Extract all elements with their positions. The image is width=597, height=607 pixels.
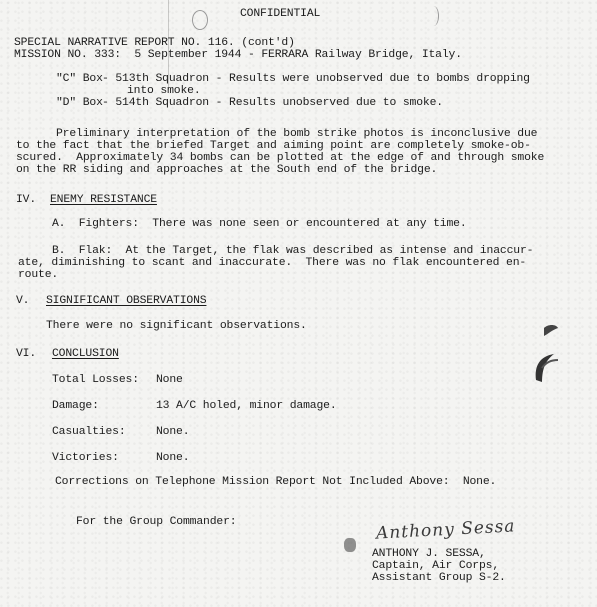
section-number: IV. [16, 194, 36, 206]
ink-smudge-mark [530, 318, 566, 388]
mission-line: MISSION NO. 333: 5 September 1944 - FERR… [14, 49, 462, 61]
for-group-commander: For the Group Commander: [76, 516, 236, 528]
signer-title: Assistant Group S-2. [372, 572, 506, 584]
d-box-result: - 514th Squadron - Results unobserved du… [102, 97, 443, 109]
conclusion-label-casualties: Casualties: [52, 426, 126, 438]
interpretation-line: Preliminary interpretation of the bomb s… [56, 128, 537, 140]
conclusion-label-damage: Damage: [52, 400, 99, 412]
conclusion-label-victories: Victories: [52, 452, 119, 464]
signer-rank: Captain, Air Corps, [372, 560, 499, 572]
punch-hole-mark [192, 10, 208, 30]
c-box-label: "C" Box [56, 73, 103, 85]
section-title-conclusion: CONCLUSION [52, 348, 119, 360]
section-title-enemy-resistance: ENEMY RESISTANCE [50, 194, 157, 206]
interpretation-line: on the RR siding and approaches at the S… [16, 164, 437, 176]
section-title-significant-observations: SIGNIFICANT OBSERVATIONS [46, 295, 206, 307]
signer-name: ANTHONY J. SESSA, [372, 548, 486, 560]
section-number: V. [16, 295, 29, 307]
document-page: CONFIDENTIAL SPECIAL NARRATIVE REPORT NO… [0, 0, 597, 607]
d-box-label: "D" Box [56, 97, 103, 109]
flak-line: ate, diminishing to scant and inaccurate… [18, 257, 526, 269]
conclusion-value-victories: None. [156, 452, 189, 464]
conclusion-value-casualties: None. [156, 426, 189, 438]
fighters-line: A. Fighters: There was none seen or enco… [52, 218, 467, 230]
conclusion-value-total-losses: None [156, 374, 183, 386]
c-box-result-continued: into smoke. [127, 85, 201, 97]
handwritten-signature: Anthony Sessa [376, 516, 516, 543]
section-number: VI. [16, 348, 36, 360]
interpretation-line: scured. Approximately 34 bombs can be pl… [16, 152, 544, 164]
classification-heading: CONFIDENTIAL [240, 8, 320, 20]
corrections-line: Corrections on Telephone Mission Report … [55, 476, 496, 488]
flak-line: B. Flak: At the Target, the flak was des… [52, 245, 533, 257]
stamp-mark [344, 538, 356, 552]
c-box-result: - 513th Squadron - Results were unobserv… [102, 73, 530, 85]
observations-text: There were no significant observations. [46, 320, 307, 332]
punch-hole-mark [428, 6, 439, 26]
flak-line: route. [18, 269, 58, 281]
conclusion-value-damage: 13 A/C holed, minor damage. [156, 400, 337, 412]
conclusion-label-total-losses: Total Losses: [52, 374, 139, 386]
report-number-line: SPECIAL NARRATIVE REPORT NO. 116. (cont'… [14, 37, 295, 49]
interpretation-line: to the fact that the briefed Target and … [16, 140, 531, 152]
